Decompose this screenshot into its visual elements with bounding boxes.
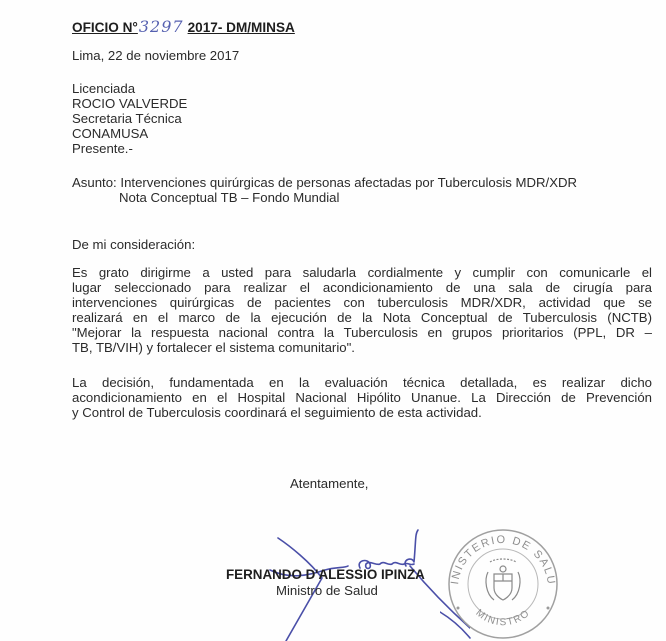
recipient-block: Licenciada ROCIO VALVERDE Secretaria Téc… bbox=[72, 81, 187, 156]
salutation: De mi consideración: bbox=[72, 237, 195, 252]
ministry-seal-icon: MINISTERIO DE SALUD MINISTRO bbox=[440, 522, 566, 641]
paragraph-line: y Control de Tuberculosis coordinará el … bbox=[72, 405, 652, 420]
paragraph-line: realizará en el marco de la ejecución de… bbox=[72, 310, 652, 325]
heading-prefix: OFICIO N° bbox=[72, 20, 138, 35]
seal-bottom-text: MINISTRO bbox=[474, 608, 533, 629]
recipient-presente: Presente.- bbox=[72, 141, 187, 156]
signer-title: Ministro de Salud bbox=[276, 583, 378, 598]
document-heading: OFICIO N°32972017- DM/MINSA bbox=[72, 19, 295, 35]
subject-line-2: Nota Conceptual TB – Fondo Mundial bbox=[72, 190, 577, 205]
paragraph-line: acondicionamiento en el Hospital Naciona… bbox=[72, 390, 652, 405]
heading-suffix: 2017- DM/MINSA bbox=[188, 20, 295, 35]
paragraph-line: La decisión, fundamentada en la evaluaci… bbox=[72, 375, 652, 390]
body-paragraph-2: La decisión, fundamentada en la evaluaci… bbox=[72, 375, 652, 420]
subject-line-1: Intervenciones quirúrgicas de personas a… bbox=[120, 175, 577, 190]
paragraph-line: intervenciones quirúrgicas de pacientes … bbox=[72, 295, 652, 310]
letter-page: OFICIO N°32972017- DM/MINSA Lima, 22 de … bbox=[0, 0, 666, 641]
paragraph-line: Es grato dirigirme a usted para saludarl… bbox=[72, 265, 652, 280]
subject-label: Asunto: bbox=[72, 175, 117, 190]
date-line: Lima, 22 de noviembre 2017 bbox=[72, 48, 239, 63]
svg-text:MINISTRO: MINISTRO bbox=[474, 608, 533, 629]
subject-block: Asunto: Intervenciones quirúrgicas de pe… bbox=[72, 175, 577, 205]
signer-name: FERNANDO D'ALESSIO IPINZA bbox=[226, 567, 425, 582]
recipient-name: ROCIO VALVERDE bbox=[72, 96, 187, 111]
body-paragraph-1: Es grato dirigirme a usted para saludarl… bbox=[72, 265, 652, 355]
paragraph-line: "Mejorar la respuesta nacional contra la… bbox=[72, 325, 652, 340]
recipient-position: Secretaria Técnica bbox=[72, 111, 187, 126]
paragraph-line: TB, TB/VIH) y fortalecer el sistema comu… bbox=[72, 340, 652, 355]
paragraph-line: lugar seleccionado para realizar el acon… bbox=[72, 280, 652, 295]
handwritten-document-number: 3297 bbox=[138, 19, 188, 34]
closing: Atentamente, bbox=[290, 476, 368, 491]
recipient-organization: CONAMUSA bbox=[72, 126, 187, 141]
recipient-title: Licenciada bbox=[72, 81, 187, 96]
